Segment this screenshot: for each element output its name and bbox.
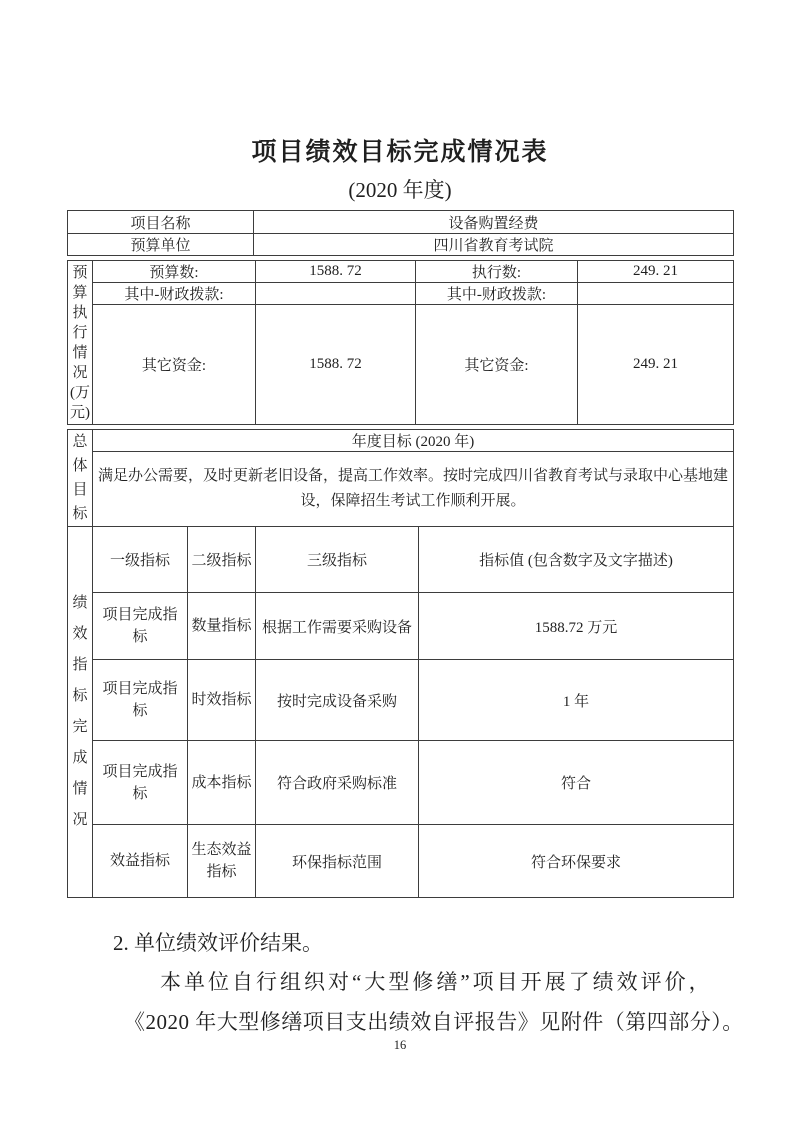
indicator-header: 指标值 (包含数字及文字描述) <box>419 527 734 593</box>
indicator-level3: 按时完成设备采购 <box>256 660 419 741</box>
indicator-level2: 时效指标 <box>188 660 256 741</box>
budget-row-value: 1588. 72 <box>256 305 416 425</box>
table-row: 项目完成指标 成本指标 符合政府采购标准 符合 <box>68 741 734 825</box>
evaluation-paragraph-line2: 《2020 年大型修缮项目支出绩效自评报告》见附件（第四部分）。 <box>124 1006 744 1036</box>
indicator-header: 三级指标 <box>256 527 419 593</box>
indicator-header: 一级指标 <box>93 527 188 593</box>
budget-row-value: 1588. 72 <box>256 261 416 283</box>
budget-unit-value: 四川省教育考试院 <box>254 234 734 256</box>
evaluation-paragraph-line1: 本单位自行组织对“大型修缮”项目开展了绩效评价， <box>160 966 713 996</box>
project-name-value: 设备购置经费 <box>254 211 734 234</box>
indicator-header: 二级指标 <box>188 527 256 593</box>
table-row: 效益指标 生态效益指标 环保指标范围 符合环保要求 <box>68 825 734 898</box>
budget-row-label: 其它资金: <box>416 305 578 425</box>
budget-row-label: 其中-财政拨款: <box>93 283 256 305</box>
budget-side-label: 预算执行情况(万元) <box>68 261 93 425</box>
indicator-level3: 根据工作需要采购设备 <box>256 593 419 660</box>
budget-row-label: 其它资金: <box>93 305 256 425</box>
indicators-section: 绩效指标完成情况 一级指标 二级指标 三级指标 指标值 (包含数字及文字描述) … <box>67 526 734 898</box>
performance-table: 项目名称 设备购置经费 预算单位 四川省教育考试院 预算执行情况(万元) 预算数… <box>67 210 733 898</box>
document-page: 项目绩效目标完成情况表 (2020 年度) 项目名称 设备购置经费 预算单位 四… <box>0 0 800 1131</box>
project-name-label: 项目名称 <box>68 211 254 234</box>
overall-goal-side-label: 总体目标 <box>68 430 93 527</box>
table-row: 项目完成指标 时效指标 按时完成设备采购 1 年 <box>68 660 734 741</box>
indicator-level2: 成本指标 <box>188 741 256 825</box>
indicator-value: 1588.72 万元 <box>419 593 734 660</box>
budget-section: 预算执行情况(万元) 预算数: 1588. 72 执行数: 249. 21 其中… <box>67 260 734 425</box>
indicator-level1: 项目完成指标 <box>93 593 188 660</box>
budget-row-label: 执行数: <box>416 261 578 283</box>
page-subtitle: (2020 年度) <box>0 174 800 204</box>
indicator-level1: 效益指标 <box>93 825 188 898</box>
indicator-level3: 符合政府采购标准 <box>256 741 419 825</box>
indicator-level2: 数量指标 <box>188 593 256 660</box>
indicator-level1: 项目完成指标 <box>93 660 188 741</box>
overall-goal-section: 总体目标 年度目标 (2020 年) 满足办公需要，及时更新老旧设备，提高工作效… <box>67 429 734 527</box>
indicator-level3: 环保指标范围 <box>256 825 419 898</box>
indicators-side-label: 绩效指标完成情况 <box>68 527 93 898</box>
budget-unit-label: 预算单位 <box>68 234 254 256</box>
budget-row-value: 249. 21 <box>578 261 734 283</box>
budget-row-value <box>578 283 734 305</box>
evaluation-result-heading: 2. 单位绩效评价结果。 <box>113 927 323 957</box>
indicator-level1: 项目完成指标 <box>93 741 188 825</box>
header-section: 项目名称 设备购置经费 预算单位 四川省教育考试院 <box>67 210 734 256</box>
budget-row-value <box>256 283 416 305</box>
annual-goal-content: 满足办公需要，及时更新老旧设备，提高工作效率。按时完成四川省教育考试与录取中心基… <box>93 452 734 527</box>
indicator-value: 1 年 <box>419 660 734 741</box>
page-number: 16 <box>0 1038 800 1053</box>
budget-row-label: 其中-财政拨款: <box>416 283 578 305</box>
annual-goal-header: 年度目标 (2020 年) <box>93 430 734 452</box>
budget-row-label: 预算数: <box>93 261 256 283</box>
indicator-value: 符合环保要求 <box>419 825 734 898</box>
indicator-value: 符合 <box>419 741 734 825</box>
page-title: 项目绩效目标完成情况表 <box>0 132 800 168</box>
budget-row-value: 249. 21 <box>578 305 734 425</box>
indicator-level2: 生态效益指标 <box>188 825 256 898</box>
table-row: 项目完成指标 数量指标 根据工作需要采购设备 1588.72 万元 <box>68 593 734 660</box>
